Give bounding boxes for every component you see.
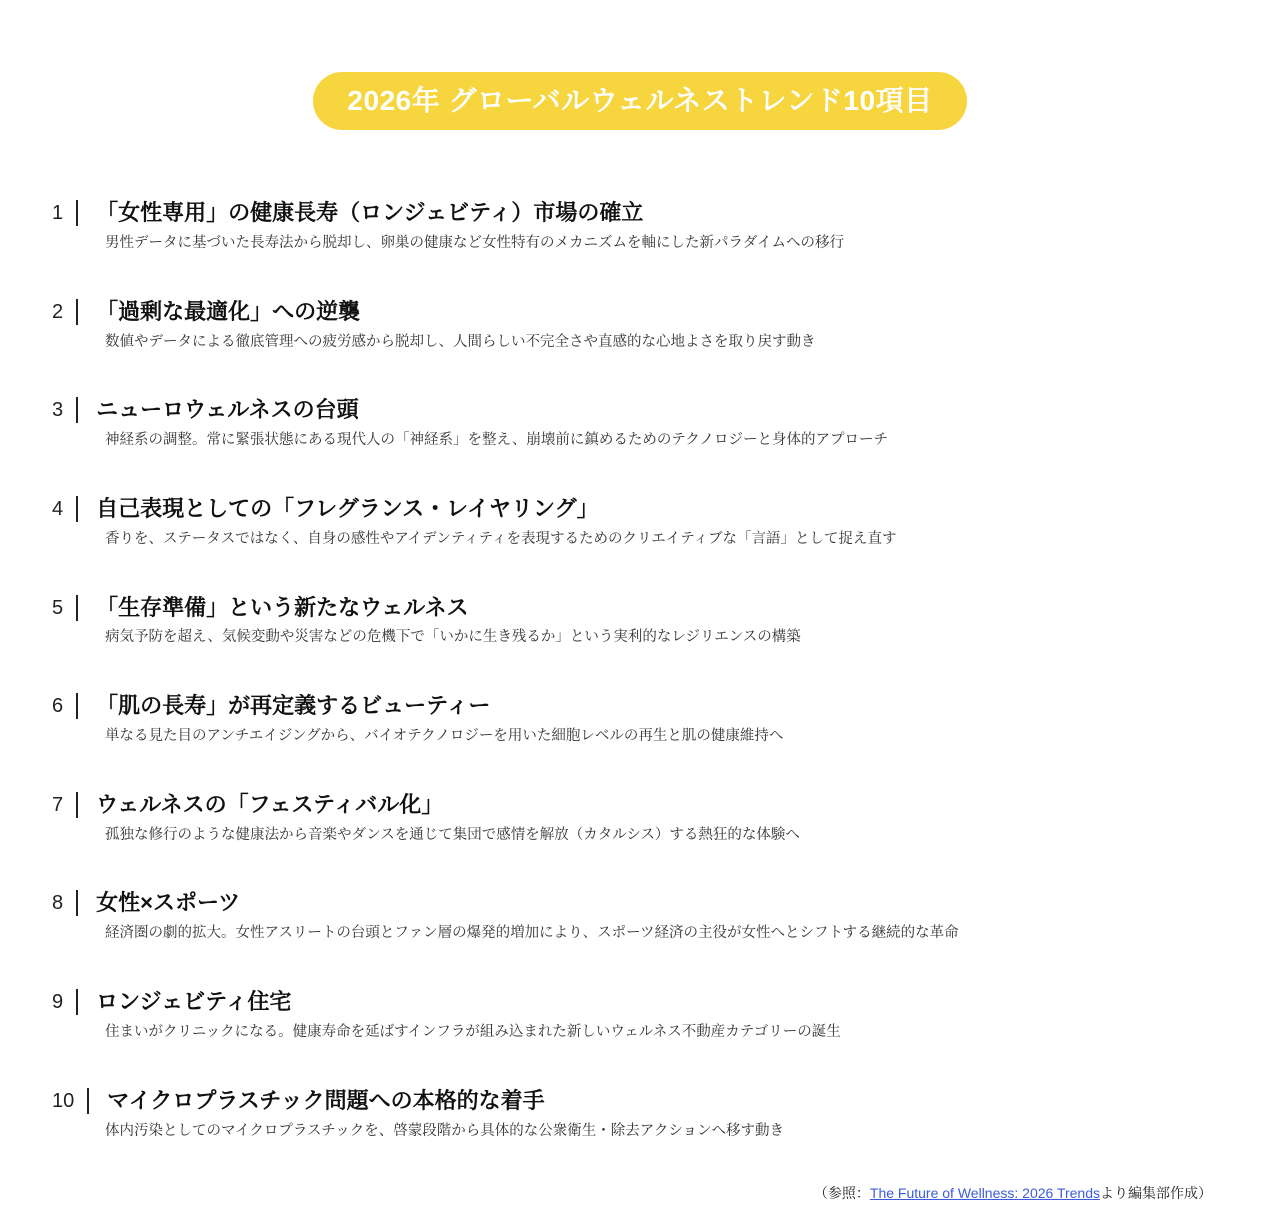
trend-item-head: 4自己表現としての「フレグランス・レイヤリング」 bbox=[52, 493, 1220, 525]
wellness-trends-document: 2026年 グローバルウェルネストレンド10項目 1「女性専用」の健康長寿（ロン… bbox=[0, 0, 1280, 1212]
trend-number: 3 bbox=[52, 400, 63, 420]
trend-number: 1 bbox=[52, 203, 63, 223]
trend-item-head: 5「生存準備」という新たなウェルネス bbox=[52, 592, 1220, 624]
trend-item-head: 8女性×スポーツ bbox=[52, 887, 1220, 919]
trend-description: 数値やデータによる徹底管理への疲労感から脱却し、人間らしい不完全さや直感的な心地… bbox=[105, 332, 1220, 354]
trend-title: ウェルネスの「フェスティバル化」 bbox=[96, 789, 443, 821]
vertical-divider bbox=[76, 397, 78, 423]
trend-number: 9 bbox=[52, 992, 63, 1012]
trend-item: 7ウェルネスの「フェスティバル化」孤独な修行のような健康法から音楽やダンスを通じ… bbox=[52, 789, 1220, 847]
header: 2026年 グローバルウェルネストレンド10項目 bbox=[0, 0, 1280, 130]
vertical-divider bbox=[76, 496, 78, 522]
trend-description: 孤独な修行のような健康法から音楽やダンスを通じて集団で感情を解放（カタルシス）す… bbox=[105, 825, 1220, 847]
trend-title: 「過剰な最適化」への逆襲 bbox=[96, 296, 360, 328]
trend-title: 「生存準備」という新たなウェルネス bbox=[96, 592, 468, 624]
trend-number: 10 bbox=[52, 1091, 74, 1111]
trend-description: 神経系の調整。常に緊張状態にある現代人の「神経系」を整え、崩壊前に鎮めるためのテ… bbox=[105, 430, 1220, 452]
trend-description: 男性データに基づいた長寿法から脱却し、卵巣の健康など女性特有のメカニズムを軸にし… bbox=[105, 233, 1220, 255]
trend-description: 住まいがクリニックになる。健康寿命を延ばすインフラが組み込まれた新しいウェルネス… bbox=[105, 1022, 1220, 1044]
trend-title: 女性×スポーツ bbox=[96, 887, 240, 919]
trend-item-head: 2「過剰な最適化」への逆襲 bbox=[52, 296, 1220, 328]
trend-description: 香りを、ステータスではなく、自身の感性やアイデンティティを表現するためのクリエイ… bbox=[105, 529, 1220, 551]
trend-item: 5「生存準備」という新たなウェルネス病気予防を超え、気候変動や災害などの危機下で… bbox=[52, 592, 1220, 650]
trend-title: 「肌の長寿」が再定義するビューティー bbox=[96, 690, 490, 722]
vertical-divider bbox=[76, 890, 78, 916]
trend-item-head: 1「女性専用」の健康長寿（ロンジェビティ）市場の確立 bbox=[52, 197, 1220, 229]
source-link[interactable]: The Future of Wellness: 2026 Trends bbox=[870, 1185, 1100, 1201]
trend-description: 単なる見た目のアンチエイジングから、バイオテクノロジーを用いた細胞レベルの再生と… bbox=[105, 726, 1220, 748]
trend-item: 3ニューロウェルネスの台頭神経系の調整。常に緊張状態にある現代人の「神経系」を整… bbox=[52, 394, 1220, 452]
vertical-divider bbox=[87, 1088, 89, 1114]
source-note: （参照：The Future of Wellness: 2026 Trendsよ… bbox=[0, 1183, 1280, 1203]
trend-item-head: 9ロンジェビティ住宅 bbox=[52, 986, 1220, 1018]
trend-item: 6「肌の長寿」が再定義するビューティー単なる見た目のアンチエイジングから、バイオ… bbox=[52, 690, 1220, 748]
trend-item-head: 10マイクロプラスチック問題への本格的な着手 bbox=[52, 1085, 1220, 1117]
trend-description: 体内汚染としてのマイクロプラスチックを、啓蒙段階から具体的な公衆衛生・除去アクシ… bbox=[105, 1121, 1220, 1143]
vertical-divider bbox=[76, 693, 78, 719]
source-suffix: より編集部作成） bbox=[1100, 1185, 1212, 1201]
trend-item: 8女性×スポーツ経済圏の劇的拡大。女性アスリートの台頭とファン層の爆発的増加によ… bbox=[52, 887, 1220, 945]
vertical-divider bbox=[76, 792, 78, 818]
vertical-divider bbox=[76, 299, 78, 325]
trend-description: 経済圏の劇的拡大。女性アスリートの台頭とファン層の爆発的増加により、スポーツ経済… bbox=[105, 923, 1220, 945]
trend-item: 4自己表現としての「フレグランス・レイヤリング」香りを、ステータスではなく、自身… bbox=[52, 493, 1220, 551]
trend-number: 7 bbox=[52, 795, 63, 815]
trend-item: 9ロンジェビティ住宅住まいがクリニックになる。健康寿命を延ばすインフラが組み込ま… bbox=[52, 986, 1220, 1044]
trend-item-head: 7ウェルネスの「フェスティバル化」 bbox=[52, 789, 1220, 821]
trend-description: 病気予防を超え、気候変動や災害などの危機下で「いかに生き残るか」という実利的なレ… bbox=[105, 627, 1220, 649]
trend-item: 2「過剰な最適化」への逆襲数値やデータによる徹底管理への疲労感から脱却し、人間ら… bbox=[52, 296, 1220, 354]
trend-item: 10マイクロプラスチック問題への本格的な着手体内汚染としてのマイクロプラスチック… bbox=[52, 1085, 1220, 1143]
trend-item-head: 3ニューロウェルネスの台頭 bbox=[52, 394, 1220, 426]
trend-number: 4 bbox=[52, 499, 63, 519]
title-badge: 2026年 グローバルウェルネストレンド10項目 bbox=[313, 72, 966, 130]
source-prefix: （参照： bbox=[814, 1185, 870, 1201]
trend-title: 「女性専用」の健康長寿（ロンジェビティ）市場の確立 bbox=[96, 197, 643, 229]
trend-title: ニューロウェルネスの台頭 bbox=[96, 394, 358, 426]
trend-list: 1「女性専用」の健康長寿（ロンジェビティ）市場の確立男性データに基づいた長寿法か… bbox=[0, 197, 1280, 1142]
trend-title: マイクロプラスチック問題への本格的な着手 bbox=[107, 1085, 544, 1117]
trend-item: 1「女性専用」の健康長寿（ロンジェビティ）市場の確立男性データに基づいた長寿法か… bbox=[52, 197, 1220, 255]
trend-title: 自己表現としての「フレグランス・レイヤリング」 bbox=[96, 493, 598, 525]
vertical-divider bbox=[76, 989, 78, 1015]
trend-title: ロンジェビティ住宅 bbox=[96, 986, 291, 1018]
trend-number: 2 bbox=[52, 302, 63, 322]
vertical-divider bbox=[76, 200, 78, 226]
vertical-divider bbox=[76, 595, 78, 621]
trend-number: 6 bbox=[52, 696, 63, 716]
trend-number: 8 bbox=[52, 893, 63, 913]
trend-number: 5 bbox=[52, 598, 63, 618]
trend-item-head: 6「肌の長寿」が再定義するビューティー bbox=[52, 690, 1220, 722]
